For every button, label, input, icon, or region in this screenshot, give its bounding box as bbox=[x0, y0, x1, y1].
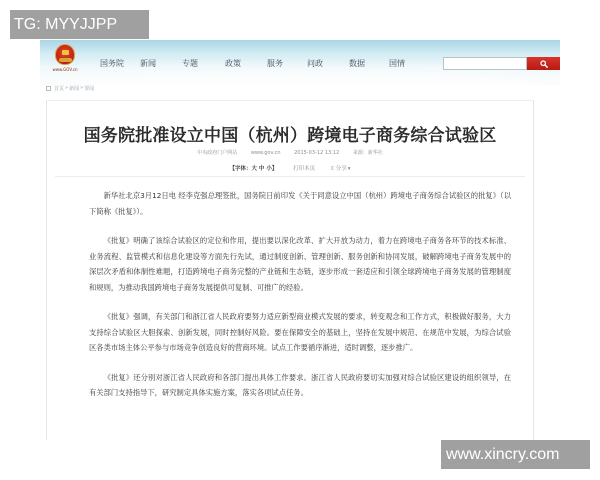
meta-source-site: 中央政府门户网站 bbox=[197, 150, 237, 156]
site-header: www.GOV.cn 国务院 新闻 专题 政策 服务 问政 数据 国情 bbox=[40, 40, 560, 85]
nav-item-topics[interactable]: 专题 bbox=[182, 58, 225, 72]
article-panel: 国务院批准设立中国（杭州）跨境电子商务综合试验区 中央政府门户网站 www.go… bbox=[46, 100, 534, 440]
nav-item-news[interactable]: 新闻 bbox=[140, 58, 182, 72]
nav-item-policy[interactable]: 政策 bbox=[225, 58, 267, 72]
site-logo[interactable]: www.GOV.cn bbox=[50, 44, 80, 76]
article-tools: 【字体：大 中 小】 打印本页 ℂ分享▾ bbox=[47, 164, 533, 172]
article-paragraph: 《批复》强调，有关部门和浙江省人民政府要努力适应新型商业模式发展的要求，转变观念… bbox=[89, 309, 511, 356]
national-emblem-icon bbox=[55, 44, 75, 65]
breadcrumb-separator: » bbox=[65, 85, 68, 91]
meta-url[interactable]: www.gov.cn bbox=[251, 150, 281, 156]
main-nav: 国务院 新闻 专题 政策 服务 问政 数据 国情 bbox=[100, 58, 419, 72]
meta-datetime: 2015-03-12 13:12 bbox=[294, 150, 339, 156]
font-size-toggle[interactable]: 【字体：大 中 小】 bbox=[230, 166, 278, 172]
breadcrumb-home[interactable]: 首页 bbox=[54, 85, 64, 92]
nav-item-inquiry[interactable]: 问政 bbox=[307, 58, 349, 72]
breadcrumb: 首页 » 新闻 » 要闻 bbox=[46, 83, 94, 93]
search-icon bbox=[540, 60, 548, 68]
logo-text: www.GOV.cn bbox=[50, 67, 80, 72]
article-meta: 中央政府门户网站 www.gov.cn 2015-03-12 13:12 来源：… bbox=[47, 149, 533, 156]
breadcrumb-separator: » bbox=[80, 85, 83, 91]
nav-item-data[interactable]: 数据 bbox=[349, 58, 389, 72]
nav-item-services[interactable]: 服务 bbox=[267, 58, 307, 72]
gov-website: www.GOV.cn 国务院 新闻 专题 政策 服务 问政 数据 国情 bbox=[40, 40, 560, 440]
share-icon: ℂ bbox=[331, 166, 335, 172]
search-button[interactable] bbox=[527, 57, 560, 70]
search-bar bbox=[443, 57, 560, 70]
breadcrumb-news[interactable]: 新闻 bbox=[69, 85, 79, 92]
meta-origin: 来源：新华社 bbox=[353, 150, 383, 156]
title-divider bbox=[55, 176, 525, 177]
nav-item-national-info[interactable]: 国情 bbox=[389, 58, 419, 72]
article-paragraph: 《批复》还分别对浙江省人民政府和各部门提出具体工作要求。浙江省人民政府要切实加强… bbox=[89, 370, 511, 401]
share-button[interactable]: ℂ分享▾ bbox=[331, 166, 351, 172]
chevron-down-icon: ▾ bbox=[348, 166, 351, 172]
share-label: 分享 bbox=[336, 166, 347, 172]
breadcrumb-headlines[interactable]: 要闻 bbox=[84, 85, 94, 92]
nav-item-state-council[interactable]: 国务院 bbox=[100, 58, 140, 72]
watermark-top: TG: MYYJJPP bbox=[10, 10, 149, 39]
watermark-bottom: www.xincry.com bbox=[441, 440, 590, 469]
article-body: 新华社北京3月12日电 经李克强总理签批，国务院日前印发《关于同意设立中国（杭州… bbox=[89, 188, 511, 415]
search-input[interactable] bbox=[443, 57, 527, 70]
article-paragraph: 《批复》明确了该综合试验区的定位和作用，提出要以深化改革、扩大开放为动力，着力在… bbox=[89, 233, 511, 295]
article-paragraph: 新华社北京3月12日电 经李克强总理签批，国务院日前印发《关于同意设立中国（杭州… bbox=[89, 188, 511, 219]
print-page-link[interactable]: 打印本页 bbox=[293, 166, 315, 172]
article-title: 国务院批准设立中国（杭州）跨境电子商务综合试验区 bbox=[47, 121, 533, 146]
location-icon bbox=[46, 86, 51, 91]
screenshot-stage: TG: MYYJJPP www.GOV.cn 国务院 新闻 专题 政策 服务 问… bbox=[0, 0, 600, 480]
